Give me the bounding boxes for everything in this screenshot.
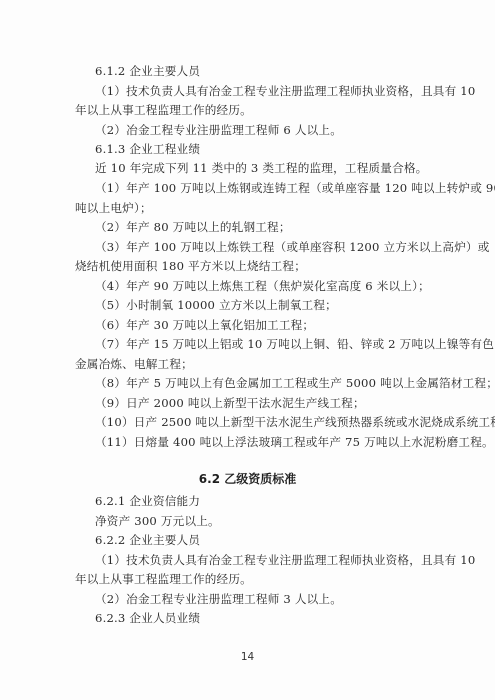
list-item: （6）年产 30 万吨以上氧化铝加工工程； bbox=[95, 318, 314, 332]
section-heading-6-2: 6.2 乙级资质标准 bbox=[0, 470, 495, 487]
list-item-cont: 烧结机使用面积 180 平方米以上烧结工程； bbox=[75, 259, 306, 273]
document-page: 6.1.2 企业主要人员 （1）技术负责人具有冶金工程专业注册监理工程师执业资格… bbox=[0, 0, 495, 700]
paragraph-line: 近 10 年完成下列 11 类中的 3 类工程的监理，工程质量合格。 bbox=[95, 161, 427, 175]
paragraph-line: （2）冶金工程专业注册监理工程师 3 人以上。 bbox=[95, 592, 342, 606]
subheading-6-2-3: 6.2.3 企业人员业绩 bbox=[95, 611, 200, 625]
subheading-6-2-2: 6.2.2 企业主要人员 bbox=[95, 533, 200, 547]
list-item: （3）年产 100 万吨以上炼铁工程（或单座容积 1200 立方米以上高炉）或 bbox=[95, 240, 490, 254]
paragraph-line: 净资产 300 万元以上。 bbox=[95, 514, 220, 528]
list-item: （4）年产 90 万吨以上炼焦工程（焦炉炭化室高度 6 米以上）； bbox=[95, 279, 430, 293]
list-item: （1）年产 100 万吨以上炼钢或连铸工程（或单座容量 120 吨以上转炉或 9… bbox=[95, 181, 495, 195]
subheading-6-2-1: 6.2.1 企业资信能力 bbox=[95, 494, 200, 508]
list-item: （5）小时制氧 10000 立方米以上制氧工程； bbox=[95, 298, 337, 312]
list-item: （2）年产 80 万吨以上的轧钢工程； bbox=[95, 220, 291, 234]
page-number: 14 bbox=[0, 651, 495, 663]
paragraph-line: 年以上从事工程监理工作的经历。 bbox=[75, 572, 252, 586]
list-item: （9）日产 2000 吨以上新型干法水泥生产线工程； bbox=[95, 396, 365, 410]
paragraph-line: （2）冶金工程专业注册监理工程师 6 人以上。 bbox=[95, 123, 342, 137]
paragraph-line: （1）技术负责人具有冶金工程专业注册监理工程师执业资格，且具有 10 bbox=[95, 84, 475, 98]
list-item-cont: 金属冶炼、电解工程； bbox=[75, 357, 193, 371]
paragraph-line: （1）技术负责人具有冶金工程专业注册监理工程师执业资格，且具有 10 bbox=[95, 553, 475, 567]
list-item: （8）年产 5 万吨以上有色金属加工工程或生产 5000 吨以上金属箔材工程； bbox=[95, 376, 495, 390]
list-item: （7）年产 15 万吨以上铝或 10 万吨以上铜、铅、锌或 2 万吨以上镍等有色 bbox=[95, 337, 494, 351]
paragraph-line: 年以上从事工程监理工作的经历。 bbox=[75, 103, 252, 117]
list-item: （10）日产 2500 吨以上新型干法水泥生产线预热器系统或水泥烧成系统工程； bbox=[95, 415, 495, 429]
list-item-cont: 吨以上电炉）； bbox=[75, 201, 152, 215]
subheading-6-1-2: 6.1.2 企业主要人员 bbox=[95, 64, 200, 78]
list-item: （11）日熔量 400 吨以上浮法玻璃工程或年产 75 万吨以上水泥粉磨工程。 bbox=[95, 435, 494, 449]
subheading-6-1-3: 6.1.3 企业工程业绩 bbox=[95, 142, 200, 156]
